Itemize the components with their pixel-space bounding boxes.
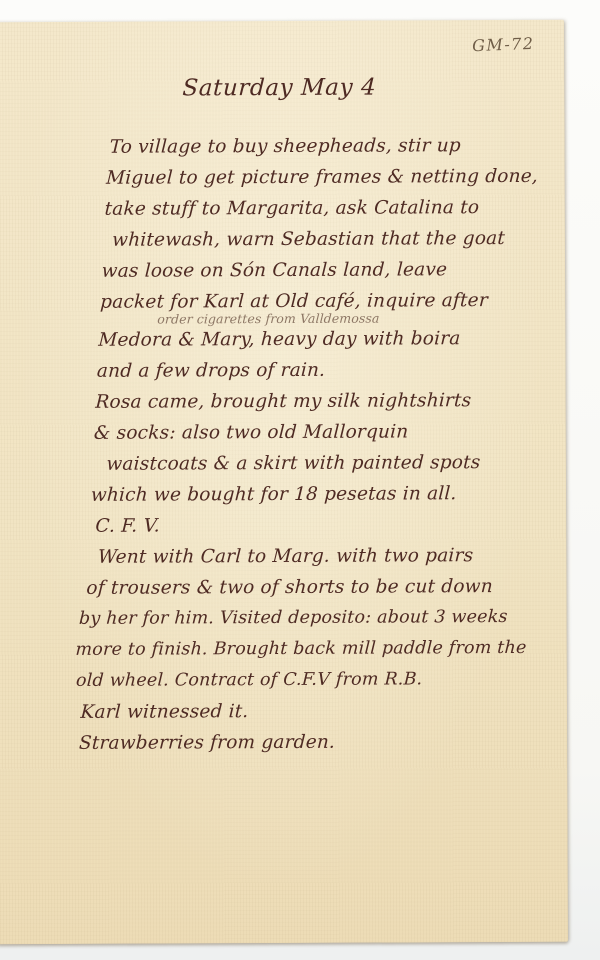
manuscript-line: by her for him. Visited deposito: about … <box>78 602 545 635</box>
manuscript-line: Karl witnessed it. <box>80 695 541 728</box>
manuscript-line: Miguel to get picture frames & netting d… <box>105 161 566 194</box>
manuscript-line: more to finish. Brought back mill paddle… <box>75 633 544 666</box>
manuscript-line: Strawberries from garden. <box>78 726 539 759</box>
manuscript-line: Medora & Mary, heavy day with boira <box>98 323 559 356</box>
manuscript-line: and a few drops of rain. <box>96 354 557 387</box>
manuscript-line: whitewash, warn Sebastian that the goat <box>111 223 563 256</box>
manuscript-line: of trousers & two of shorts to be cut do… <box>86 571 547 604</box>
diary-entry: Saturday May 4 To village to buy sheephe… <box>78 72 571 759</box>
manuscript-line: C. F. V. <box>95 509 550 542</box>
entry-date-title: Saturday May 4 <box>182 72 571 104</box>
manuscript-line: & socks: also two old Mallorquin <box>93 416 554 449</box>
manuscript-line: Went with Carl to Marg. with two pairs <box>97 540 548 573</box>
manuscript-line: old wheel. Contract of C.F.V from R.B. <box>75 664 542 697</box>
manuscript-line: Rosa came, brought my silk nightshirts <box>95 385 556 418</box>
diary-body: To village to buy sheepheads, stir upMig… <box>78 130 568 759</box>
archive-mark: GM-72 <box>471 34 534 55</box>
scan-background: GM-72 Saturday May 4 To village to buy s… <box>0 0 600 960</box>
manuscript-line: was loose on Són Canals land, leave <box>101 254 562 287</box>
manuscript-line: To village to buy sheepheads, stir up <box>109 130 568 163</box>
manuscript-line: take stuff to Margarita, ask Catalina to <box>104 192 565 225</box>
manuscript-line: waistcoats & a skirt with painted spots <box>106 447 553 480</box>
manuscript-line: which we bought for 18 pesetas in all. <box>90 478 551 511</box>
manuscript-paper: GM-72 Saturday May 4 To village to buy s… <box>0 20 568 944</box>
